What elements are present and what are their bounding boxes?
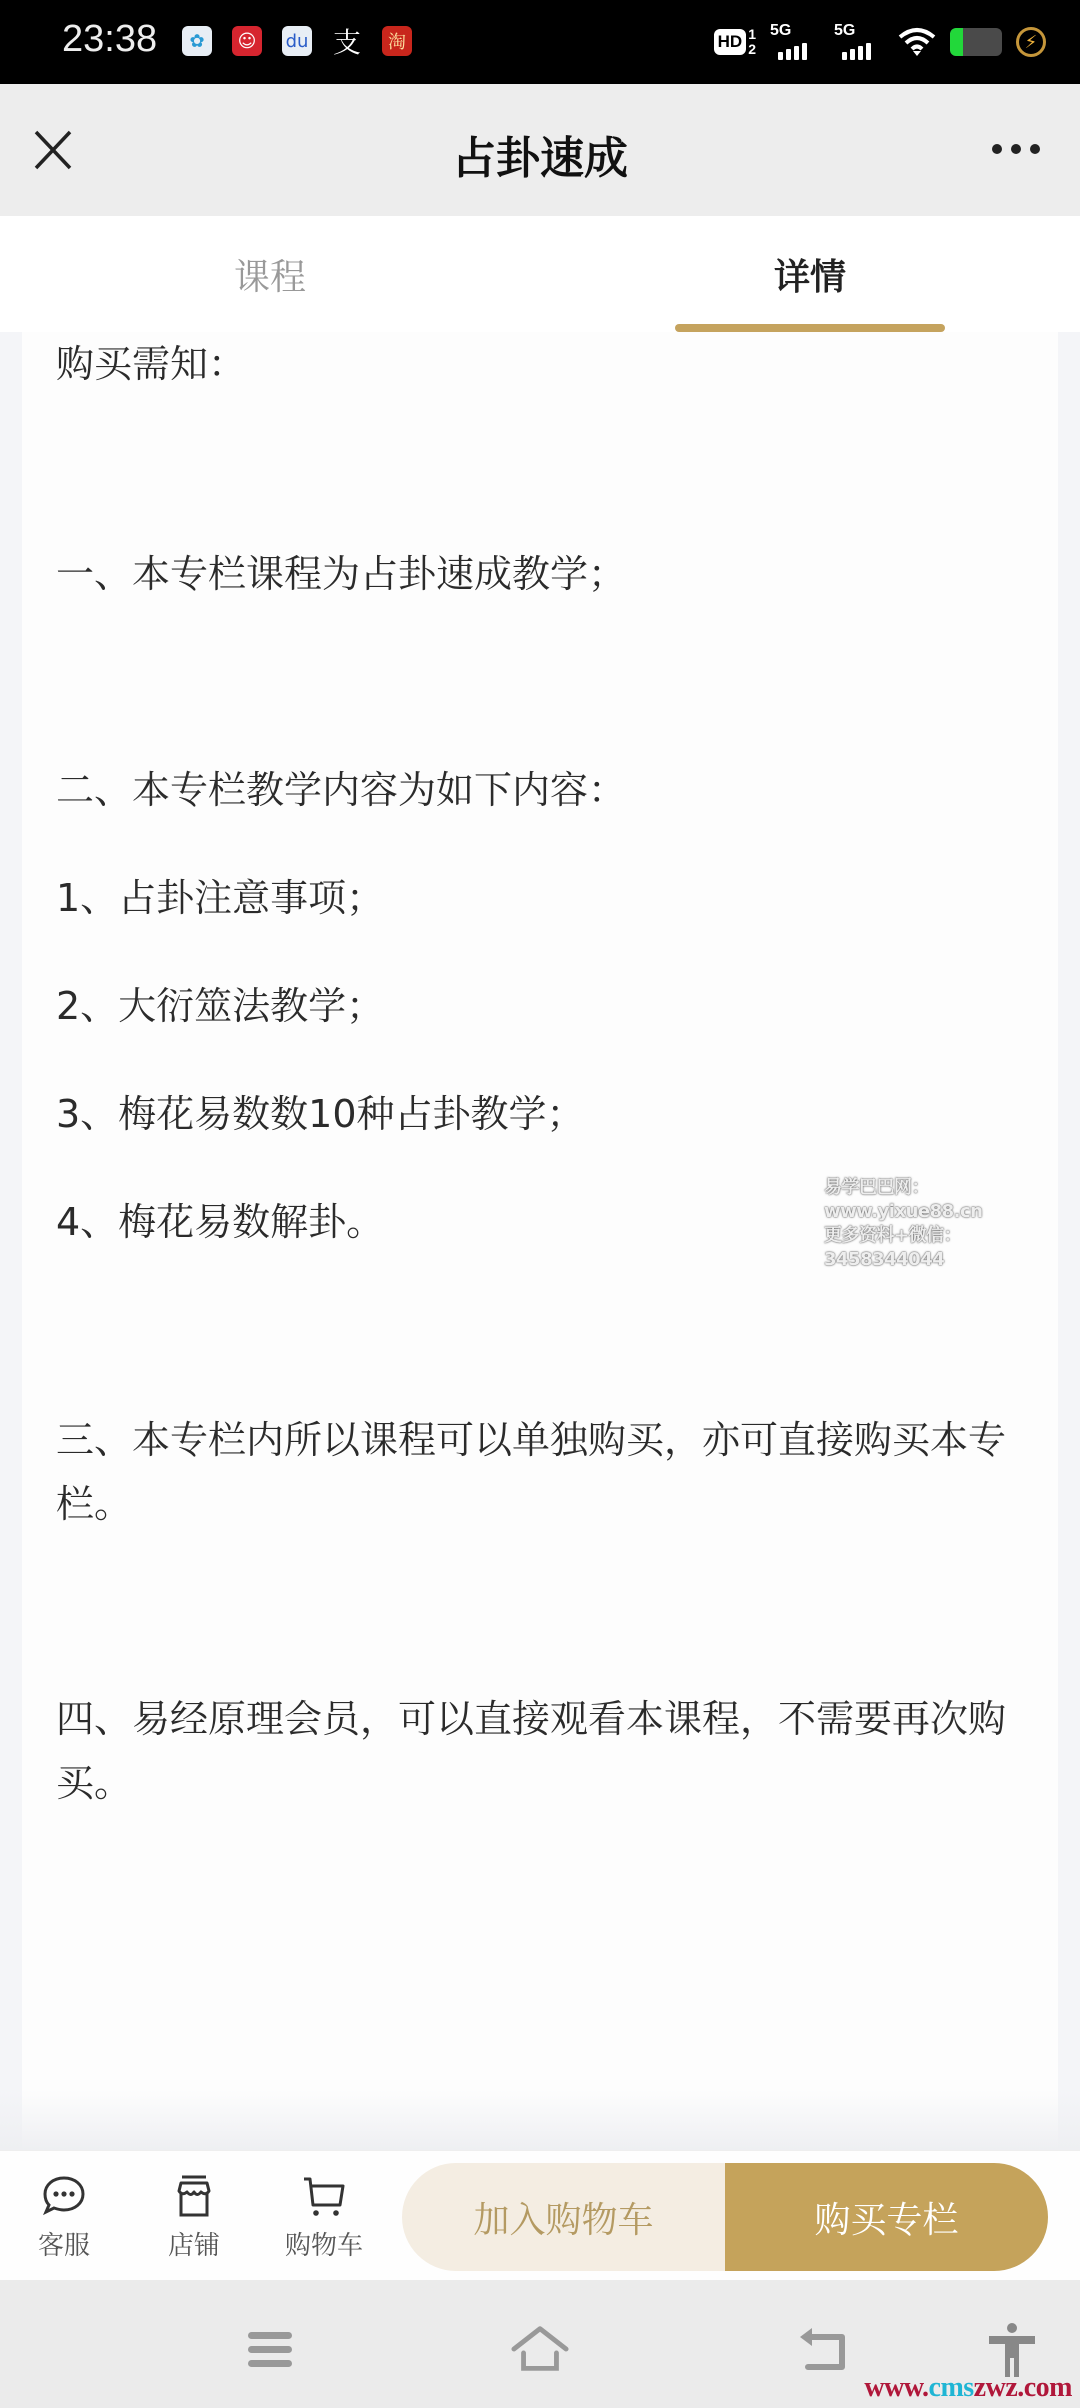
notice-item-4: 四、易经原理会员，可以直接观看本课程，不需要再次购买。 (56, 1687, 1024, 1815)
baidu-netdisk-icon: ✿ (182, 26, 212, 56)
hd-voice-icon: HD 12 (714, 27, 756, 57)
tab-bar: 课程 详情 (0, 216, 1080, 332)
recent-apps-button[interactable] (240, 2320, 300, 2380)
wifi-icon (898, 27, 936, 57)
system-navigation-bar: www.cmszwz.com (0, 2280, 1080, 2408)
accessibility-icon (987, 2322, 1037, 2378)
taobao-icon: 淘 (382, 26, 412, 56)
watermark-text: 易学巴巴网：www.yixue88.cn 更多资料+微信：3458344044 (824, 1176, 1080, 1272)
more-options-button[interactable] (986, 134, 1046, 164)
status-time: 23:38 (62, 18, 157, 61)
store-icon (170, 2173, 218, 2219)
customer-service-button[interactable]: 客服 (14, 2173, 114, 2262)
notice-item-1: 一、本专栏课程为占卦速成教学； (56, 542, 1024, 606)
home-icon (510, 2325, 570, 2375)
cart-button[interactable]: 购物车 (274, 2173, 374, 2262)
home-button[interactable] (510, 2320, 570, 2380)
accessibility-button[interactable] (982, 2320, 1042, 2380)
purchase-notice-heading: 购买需知： (56, 332, 1024, 396)
page-title: 占卦速成 (0, 122, 1080, 186)
notice-item-3: 三、本专栏内所以课程可以单独购买，亦可直接购买本专栏。 (56, 1408, 1024, 1536)
status-bar: 23:38 ✿ ☺ du 支 淘 HD 12 5G 5G ⚡ (0, 0, 1080, 84)
pinduoduo-icon: ☺ (232, 26, 262, 56)
tab-course[interactable]: 课程 (0, 216, 540, 332)
buy-column-button[interactable]: 购买专栏 (725, 2163, 1048, 2271)
battery-icon (950, 28, 1002, 56)
baidu-icon: du (282, 26, 312, 56)
content-item-3: 3、梅花易数数10种占卦教学； (56, 1082, 1024, 1146)
store-button[interactable]: 店铺 (144, 2173, 244, 2262)
active-tab-indicator (675, 324, 945, 332)
content-item-1: 1、占卦注意事项； (56, 866, 1024, 930)
back-icon (798, 2325, 852, 2375)
alipay-icon: 支 (332, 26, 362, 56)
more-dot-icon (1030, 144, 1040, 154)
chat-bubble-icon (40, 2173, 88, 2219)
system-status-icons: HD 12 5G 5G ⚡ (714, 22, 1046, 62)
signal-5g-sim1-icon: 5G (770, 22, 820, 62)
charging-icon: ⚡ (1016, 27, 1046, 57)
bottom-action-bar: 客服 店铺 购物车 加入购物车 购买专栏 (0, 2150, 1080, 2280)
notification-icons: ✿ ☺ du 支 淘 (182, 26, 412, 56)
back-button[interactable] (795, 2320, 855, 2380)
notice-item-2: 二、本专栏教学内容为如下内容： (56, 758, 1024, 822)
menu-icon (245, 2328, 295, 2372)
signal-5g-sim2-icon: 5G (834, 22, 884, 62)
more-dot-icon (992, 144, 1002, 154)
scroll-fade (0, 2090, 1080, 2150)
purchase-button-group: 加入购物车 购买专栏 (402, 2163, 1048, 2271)
content-item-2: 2、大衍筮法教学； (56, 974, 1024, 1038)
more-dot-icon (1011, 144, 1021, 154)
tab-details[interactable]: 详情 (540, 216, 1080, 332)
app-header: 占卦速成 (0, 84, 1080, 216)
cart-icon (300, 2173, 348, 2219)
site-watermark: www.cmszwz.com (864, 2372, 1072, 2404)
add-to-cart-button[interactable]: 加入购物车 (402, 2163, 725, 2271)
